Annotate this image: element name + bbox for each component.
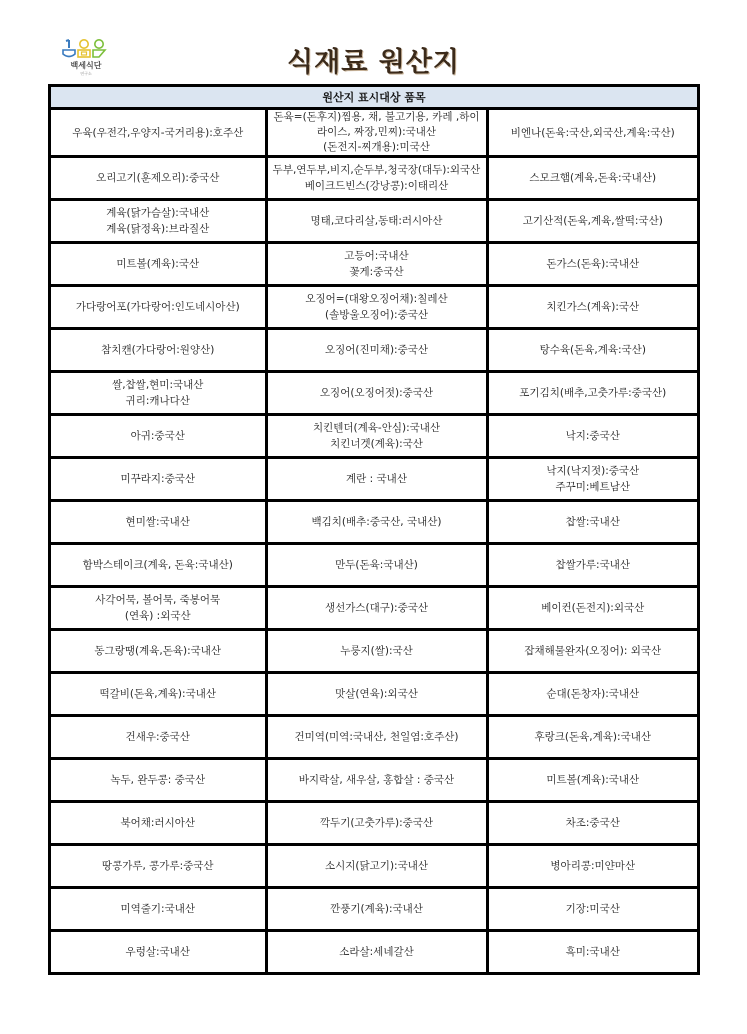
cell-text-line: 찹쌀가루:국내산 [491, 557, 696, 573]
cell-text-line: 베이크드빈스(강낭콩):이태리산 [270, 178, 484, 194]
cell-text-line: 계육(닭정육):브라질산 [53, 221, 263, 237]
table-row: 미꾸라지:중국산계란 : 국내산낙지(낙지젓):중국산주꾸미:베트남산 [51, 458, 697, 501]
cell-text-line: (돈전지-찌개용):미국산 [270, 140, 484, 155]
table-cell: 낙지(낙지젓):중국산주꾸미:베트남산 [487, 458, 697, 501]
cell-text-line: 꽃게:중국산 [270, 264, 484, 280]
cell-text-line: 찹쌀:국내산 [491, 514, 696, 530]
table-cell: 오리고기(훈제오리):중국산 [51, 157, 266, 200]
cell-text-line: 우육(우전각,우양지-국거리용):호주산 [53, 125, 263, 141]
table-cell: 오징어(오징어젓):중국산 [266, 372, 487, 415]
table-cell: 미트볼(계육):국내산 [487, 759, 697, 802]
table-cell: 건새우:중국산 [51, 716, 266, 759]
cell-text-line: 만두(돈육:국내산) [270, 557, 484, 573]
cell-text-line: 후랑크(돈육,계육):국내산 [491, 729, 696, 745]
table-cell: 치킨텐더(계육-안심):국내산치킨너겟(계육):국산 [266, 415, 487, 458]
table-cell: 땅콩가루, 콩가루:중국산 [51, 845, 266, 888]
cell-text-line: 오징어(오징어젓):중국산 [270, 385, 484, 401]
cell-text-line: 병아리콩:미얀마산 [491, 858, 696, 874]
table-cell: 아귀:중국산 [51, 415, 266, 458]
cell-text-line: 베이컨(돈전지):외국산 [491, 600, 696, 616]
cell-text-line: 미꾸라지:중국산 [53, 471, 263, 487]
cell-text-line: 북어채:러시아산 [53, 815, 263, 831]
cell-text-line: 참치캔(가다랑어:원양산) [53, 342, 263, 358]
table-cell: 탕수육(돈육,계육:국산) [487, 329, 697, 372]
cell-text-line: 돈가스(돈육):국내산 [491, 256, 696, 272]
table-cell: 치킨가스(계육):국산 [487, 286, 697, 329]
cell-text-line: 미트볼(계육):국내산 [491, 772, 696, 788]
table-cell: 미역줄기:국내산 [51, 888, 266, 931]
cell-text-line: 낙지:중국산 [491, 428, 696, 444]
table-row: 북어채:러시아산깍두기(고춧가루):중국산차조:중국산 [51, 802, 697, 845]
table-row: 떡갈비(돈육,계육):국내산맛살(연육):외국산순대(돈창자):국내산 [51, 673, 697, 716]
cell-text-line: 스모크햄(계육,돈육:국내산) [491, 170, 696, 186]
table-cell: 가다랑어포(가다랑어:인도네시아산) [51, 286, 266, 329]
cell-text-line: 깐풍기(계육):국내산 [270, 901, 484, 917]
table-body: 우육(우전각,우양지-국거리용):호주산돈육=(돈후지)찜용, 채, 불고기용,… [51, 109, 697, 973]
table-cell: 미트볼(계육):국산 [51, 243, 266, 286]
cell-text-line: 우렁살:국내산 [53, 944, 263, 960]
table-cell: 북어채:러시아산 [51, 802, 266, 845]
table-cell: 기장:미국산 [487, 888, 697, 931]
cell-text-line: 돈육=(돈후지)찜용, 채, 불고기용, 카레 ,하이 [270, 110, 484, 125]
cell-text-line: 주꾸미:베트남산 [491, 479, 696, 495]
cell-text-line: 오징어(진미채):중국산 [270, 342, 484, 358]
table-cell: 오징어=(대왕오징어채):칠레산(솔방울오징어):중국산 [266, 286, 487, 329]
table-cell: 명태,코다리살,동태:러시아산 [266, 200, 487, 243]
table-cell: 계란 : 국내산 [266, 458, 487, 501]
cell-text-line: 건새우:중국산 [53, 729, 263, 745]
cell-text-line: 흑미:국내산 [491, 944, 696, 960]
table-cell: 깍두기(고춧가루):중국산 [266, 802, 487, 845]
cell-text-line: (솔방울오징어):중국산 [270, 307, 484, 323]
table-cell: 생선가스(대구):중국산 [266, 587, 487, 630]
cell-text-line: 치킨가스(계육):국산 [491, 299, 696, 315]
table-row: 계육(닭가슴살):국내산계육(닭정육):브라질산명태,코다리살,동태:러시아산고… [51, 200, 697, 243]
cell-text-line: 낙지(낙지젓):중국산 [491, 463, 696, 479]
table-cell: 참치캔(가다랑어:원양산) [51, 329, 266, 372]
table-header: 원산지 표시대상 품목 [51, 87, 697, 109]
table-cell: 순대(돈창자):국내산 [487, 673, 697, 716]
table-cell: 사각어묵, 볼어묵, 죽봉어묵(연육) :외국산 [51, 587, 266, 630]
table-cell: 계육(닭가슴살):국내산계육(닭정육):브라질산 [51, 200, 266, 243]
cell-text-line: 쌀,찹쌀,현미:국내산 [53, 377, 263, 393]
table-cell: 차조:중국산 [487, 802, 697, 845]
cell-text-line: 바지락살, 새우살, 홍합살 : 중국산 [270, 772, 484, 788]
table-row: 땅콩가루, 콩가루:중국산소시지(닭고기):국내산병아리콩:미얀마산 [51, 845, 697, 888]
cell-text-line: 고기산적(돈육,계육,쌀떡:국산) [491, 213, 696, 229]
cell-text-line: 오징어=(대왕오징어채):칠레산 [270, 291, 484, 307]
table-cell: 오징어(진미채):중국산 [266, 329, 487, 372]
cell-text-line: 비엔나(돈육:국산,외국산,계육:국산) [491, 125, 696, 141]
table-cell: 녹두, 완두콩: 중국산 [51, 759, 266, 802]
table-cell: 바지락살, 새우살, 홍합살 : 중국산 [266, 759, 487, 802]
table-cell: 소라살:세네갈산 [266, 931, 487, 973]
table-row: 함박스테이크(계육, 돈육:국내산)만두(돈육:국내산)찹쌀가루:국내산 [51, 544, 697, 587]
table-cell: 돈육=(돈후지)찜용, 채, 불고기용, 카레 ,하이라이스, 짜장,민찌):국… [266, 109, 487, 157]
table-cell: 만두(돈육:국내산) [266, 544, 487, 587]
table-row: 아귀:중국산치킨텐더(계육-안심):국내산치킨너겟(계육):국산낙지:중국산 [51, 415, 697, 458]
table-row: 미역줄기:국내산깐풍기(계육):국내산기장:미국산 [51, 888, 697, 931]
table-cell: 소시지(닭고기):국내산 [266, 845, 487, 888]
cell-text-line: 기장:미국산 [491, 901, 696, 917]
table-row: 미트볼(계육):국산고등어:국내산꽃게:중국산돈가스(돈육):국내산 [51, 243, 697, 286]
cell-text-line: 명태,코다리살,동태:러시아산 [270, 213, 484, 229]
table-cell: 두부,연두부,비지,순두부,청국장(대두):외국산베이크드빈스(강낭콩):이태리… [266, 157, 487, 200]
table-cell: 우렁살:국내산 [51, 931, 266, 973]
cell-text-line: 치킨너겟(계육):국산 [270, 436, 484, 452]
table-cell: 고기산적(돈육,계육,쌀떡:국산) [487, 200, 697, 243]
cell-text-line: 백김치(배추:중국산, 국내산) [270, 514, 484, 530]
cell-text-line: 아귀:중국산 [53, 428, 263, 444]
cell-text-line: 현미쌀:국내산 [53, 514, 263, 530]
table-cell: 동그랑땡(계육,돈육):국내산 [51, 630, 266, 673]
table-cell: 누룽지(쌀):국산 [266, 630, 487, 673]
table-cell: 쌀,찹쌀,현미:국내산귀리:캐나다산 [51, 372, 266, 415]
cell-text-line: (연육) :외국산 [53, 608, 263, 624]
table-cell: 낙지:중국산 [487, 415, 697, 458]
table-cell: 찹쌀:국내산 [487, 501, 697, 544]
cell-text-line: 두부,연두부,비지,순두부,청국장(대두):외국산 [270, 162, 484, 178]
cell-text-line: 순대(돈창자):국내산 [491, 686, 696, 702]
origin-table-container: 원산지 표시대상 품목 우육(우전각,우양지-국거리용):호주산돈육=(돈후지)… [48, 84, 700, 975]
cell-text-line: 떡갈비(돈육,계육):국내산 [53, 686, 263, 702]
cell-text-line: 동그랑땡(계육,돈육):국내산 [53, 643, 263, 659]
table-cell: 건미역(미역:국내산, 천일염:호주산) [266, 716, 487, 759]
table-cell: 맛살(연육):외국산 [266, 673, 487, 716]
table-cell: 병아리콩:미얀마산 [487, 845, 697, 888]
table-row: 우렁살:국내산소라살:세네갈산흑미:국내산 [51, 931, 697, 973]
table-cell: 후랑크(돈육,계육):국내산 [487, 716, 697, 759]
table-cell: 떡갈비(돈육,계육):국내산 [51, 673, 266, 716]
table-cell: 흑미:국내산 [487, 931, 697, 973]
cell-text-line: 소시지(닭고기):국내산 [270, 858, 484, 874]
cell-text-line: 계란 : 국내산 [270, 471, 484, 487]
table-row: 건새우:중국산건미역(미역:국내산, 천일염:호주산)후랑크(돈육,계육):국내… [51, 716, 697, 759]
table-cell: 함박스테이크(계육, 돈육:국내산) [51, 544, 266, 587]
cell-text-line: 라이스, 짜장,민찌):국내산 [270, 125, 484, 140]
cell-text-line: 오리고기(훈제오리):중국산 [53, 170, 263, 186]
cell-text-line: 가다랑어포(가다랑어:인도네시아산) [53, 299, 263, 315]
table-row: 참치캔(가다랑어:원양산)오징어(진미채):중국산탕수육(돈육,계육:국산) [51, 329, 697, 372]
table-row: 사각어묵, 볼어묵, 죽봉어묵(연육) :외국산생선가스(대구):중국산베이컨(… [51, 587, 697, 630]
page-title: 식재료 원산지 [0, 40, 747, 79]
table-cell: 현미쌀:국내산 [51, 501, 266, 544]
cell-text-line: 고등어:국내산 [270, 248, 484, 264]
cell-text-line: 녹두, 완두콩: 중국산 [53, 772, 263, 788]
table-cell: 우육(우전각,우양지-국거리용):호주산 [51, 109, 266, 157]
table-row: 현미쌀:국내산백김치(배추:중국산, 국내산)찹쌀:국내산 [51, 501, 697, 544]
cell-text-line: 귀리:캐나다산 [53, 393, 263, 409]
table-cell: 찹쌀가루:국내산 [487, 544, 697, 587]
cell-text-line: 차조:중국산 [491, 815, 696, 831]
table-row: 녹두, 완두콩: 중국산바지락살, 새우살, 홍합살 : 중국산미트볼(계육):… [51, 759, 697, 802]
table-row: 동그랑땡(계육,돈육):국내산누룽지(쌀):국산잡채해물완자(오징어): 외국산 [51, 630, 697, 673]
cell-text-line: 누룽지(쌀):국산 [270, 643, 484, 659]
cell-text-line: 건미역(미역:국내산, 천일염:호주산) [270, 729, 484, 745]
table-row: 우육(우전각,우양지-국거리용):호주산돈육=(돈후지)찜용, 채, 불고기용,… [51, 109, 697, 157]
cell-text-line: 소라살:세네갈산 [270, 944, 484, 960]
table-cell: 베이컨(돈전지):외국산 [487, 587, 697, 630]
table-cell: 스모크햄(계육,돈육:국내산) [487, 157, 697, 200]
table-cell: 비엔나(돈육:국산,외국산,계육:국산) [487, 109, 697, 157]
cell-text-line: 깍두기(고춧가루):중국산 [270, 815, 484, 831]
origin-table: 원산지 표시대상 품목 우육(우전각,우양지-국거리용):호주산돈육=(돈후지)… [51, 87, 697, 972]
cell-text-line: 땅콩가루, 콩가루:중국산 [53, 858, 263, 874]
cell-text-line: 사각어묵, 볼어묵, 죽봉어묵 [53, 592, 263, 608]
cell-text-line: 생선가스(대구):중국산 [270, 600, 484, 616]
table-cell: 고등어:국내산꽃게:중국산 [266, 243, 487, 286]
cell-text-line: 탕수육(돈육,계육:국산) [491, 342, 696, 358]
cell-text-line: 미트볼(계육):국산 [53, 256, 263, 272]
table-row: 쌀,찹쌀,현미:국내산귀리:캐나다산오징어(오징어젓):중국산포기김치(배추,고… [51, 372, 697, 415]
table-cell: 미꾸라지:중국산 [51, 458, 266, 501]
table-cell: 깐풍기(계육):국내산 [266, 888, 487, 931]
cell-text-line: 함박스테이크(계육, 돈육:국내산) [53, 557, 263, 573]
cell-text-line: 잡채해물완자(오징어): 외국산 [491, 643, 696, 659]
cell-text-line: 맛살(연육):외국산 [270, 686, 484, 702]
cell-text-line: 계육(닭가슴살):국내산 [53, 205, 263, 221]
table-row: 오리고기(훈제오리):중국산두부,연두부,비지,순두부,청국장(대두):외국산베… [51, 157, 697, 200]
cell-text-line: 포기김치(배추,고춧가루:중국산) [491, 385, 696, 401]
table-cell: 포기김치(배추,고춧가루:중국산) [487, 372, 697, 415]
table-row: 가다랑어포(가다랑어:인도네시아산)오징어=(대왕오징어채):칠레산(솔방울오징… [51, 286, 697, 329]
table-cell: 돈가스(돈육):국내산 [487, 243, 697, 286]
cell-text-line: 미역줄기:국내산 [53, 901, 263, 917]
table-cell: 백김치(배추:중국산, 국내산) [266, 501, 487, 544]
cell-text-line: 치킨텐더(계육-안심):국내산 [270, 420, 484, 436]
table-cell: 잡채해물완자(오징어): 외국산 [487, 630, 697, 673]
